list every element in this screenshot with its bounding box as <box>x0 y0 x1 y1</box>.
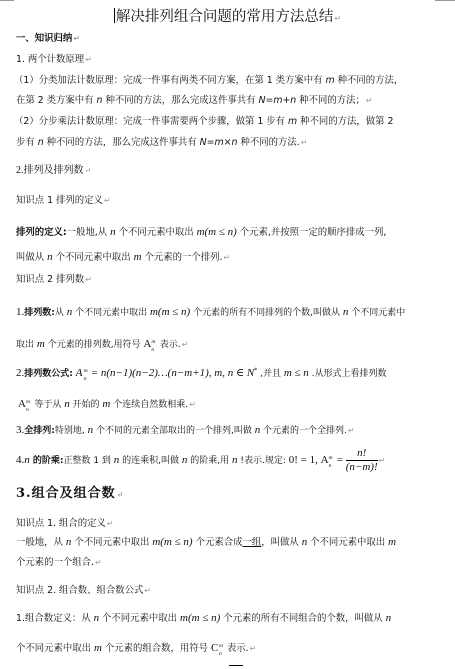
text: 个不同元素中取出 <box>53 252 134 263</box>
paragraph-mark-icon: ↵ <box>144 586 151 595</box>
fraction-numerator: n! <box>346 447 378 461</box>
page-corner-mark-left <box>0 0 14 1</box>
kp-title: 知识点 1 排列的定义 <box>16 195 103 206</box>
text: 表示. <box>224 643 249 654</box>
item-number: 4. <box>16 454 24 466</box>
paragraph-mark-icon: ↵ <box>73 34 80 43</box>
text: 个不同元素中取出 <box>72 308 150 318</box>
paragraph-multiplication-principle-line1: （2）分步乘法计数原理：完成一件事需要两个步骤，做第 1 步有 m 种不同的方法… <box>14 116 393 128</box>
combination-definition-line2: 个元素的一个组合.↵ <box>16 557 102 569</box>
paragraph-mark-icon: ↵ <box>301 138 308 147</box>
kp-title: 知识点 1. 组合的定义 <box>16 518 106 529</box>
text: 叫做从 <box>16 252 47 263</box>
sub-n: n <box>26 404 29 416</box>
knowledge-point-permutation-number: 知识点 2 排列数↵ <box>16 274 92 286</box>
item-label: 排列数: <box>24 308 55 318</box>
factorial-fraction: n!(n−m)! <box>346 447 378 474</box>
paragraph-mark-icon: ↵ <box>189 400 196 409</box>
condition: m ≤ n <box>284 367 309 379</box>
text: 个元素的所有不同排列的个数,叫做从 <box>190 308 343 318</box>
text: 种不同的方法. <box>237 137 299 148</box>
text: （1）分类加法计数原理：完成一件事有两类不同方案，在第 1 类方案中有 <box>14 75 326 86</box>
paragraph-mark-icon: ↵ <box>95 558 102 567</box>
paragraph-mark-icon: ↵ <box>366 96 373 105</box>
underlined-text: 一组 <box>242 537 261 548</box>
permutation-symbol: Amn <box>143 338 156 350</box>
paragraph-multiplication-principle-line2: 步有 n 种不同的方法，那么完成这件事共有 N=m×n 种不同的方法.↵ <box>16 137 307 149</box>
heading-text: 一、知识归纳 <box>16 33 72 44</box>
def-label: 排列的定义: <box>16 227 67 238</box>
condition: m(m ≤ n) <box>180 612 220 624</box>
permutation-formula: = n(n−1)(n−2)…(n−m+1), m, n ∈ N <box>88 367 254 379</box>
text: 个元素,并按照一定的顺序排成一列, <box>237 227 387 238</box>
text: ,并且 <box>257 369 284 379</box>
text: 个不同元素中 <box>348 308 405 318</box>
paragraph-mark-icon: ↵ <box>85 166 92 175</box>
text: 个元素的一个组合. <box>16 557 94 568</box>
symbol-A: A <box>143 338 151 350</box>
paragraph-mark-icon: ↵ <box>182 340 189 349</box>
title-text: 解决排列组合问题的常用方法总结 <box>116 9 334 25</box>
permutation-symbol: Amn <box>18 398 31 410</box>
text: 从 <box>55 308 67 318</box>
text: 个元素合成 <box>193 537 243 548</box>
text: 特别地, <box>55 426 88 436</box>
text: 种不同的方法，那么完成这件事共有 <box>44 137 200 148</box>
condition: m(m ≤ n) <box>152 536 192 548</box>
paragraph-mark-icon: ↵ <box>85 275 92 284</box>
var-m: m <box>326 75 335 86</box>
sub-n: n <box>329 460 332 472</box>
subheading-counting-principles: 1. 两个计数原理↵ <box>16 54 92 66</box>
item-label: 全排列: <box>24 426 55 436</box>
text: 个不同元素中取出 <box>99 613 180 624</box>
text: 个元素的所有不同组合的个数，叫做从 <box>220 613 385 624</box>
text: （2）分步乘法计数原理：完成一件事需要两个步骤，做第 1 步有 <box>14 116 288 127</box>
text: 个不同元素中取出 <box>16 643 94 654</box>
var-m: m <box>388 536 396 548</box>
var-m: m <box>37 338 45 350</box>
paragraph-mark-icon: ↵ <box>104 196 111 205</box>
permutation-formula-line1: 2.排列数公式: Amn = n(n−1)(n−2)…(n−m+1), m, n… <box>16 367 387 380</box>
symbol-C: C <box>211 642 218 654</box>
paragraph-mark-icon: ↵ <box>334 14 341 23</box>
sub-n: n <box>84 373 87 385</box>
permutation-definition-line2: 叫做从 n 个不同元素中取出 m 个元素的一个排列.↵ <box>16 251 230 264</box>
symbol-underline-mark <box>229 665 243 666</box>
text: 个不同元素中取出 <box>71 537 152 548</box>
text: 种不同的方法， <box>335 75 404 86</box>
paragraph-addition-principle-line2: 在第 2 类方案中有 n 种不同的方法，那么完成这件事共有 N=m+n 种不同的… <box>16 95 373 107</box>
text-cursor <box>114 8 115 23</box>
text: 个连续自然数相乘. <box>110 400 188 410</box>
sub-n: n <box>151 344 154 356</box>
text: 个元素的组合数，用符号 <box>102 643 211 654</box>
document-title: 解决排列组合问题的常用方法总结↵ <box>0 8 455 28</box>
section-heading-knowledge: 一、知识归纳↵ <box>16 33 80 45</box>
text: 个元素的一个全排列. <box>260 426 347 436</box>
text: 的阶乘,用 <box>187 456 232 466</box>
var-m: m <box>288 116 297 127</box>
text: 种不同的方法，做第 2 <box>297 116 393 127</box>
item-label: 排列数公式: <box>24 369 73 379</box>
section-heading-combination: 3.组合及组合数↵ <box>16 488 124 500</box>
fraction-denominator: (n−m)! <box>346 461 378 474</box>
section-heading-permutation: 2.排列及排列数↵ <box>16 165 91 177</box>
combination-symbol: Cmn <box>211 642 224 654</box>
var-n: n <box>386 612 392 624</box>
item-number: 1. <box>16 306 24 318</box>
permutation-definition-line1: 排列的定义:一般地,从 n 个不同元素中取出 m(m ≤ n) 个元素,并按照一… <box>16 226 386 239</box>
heading-text: 3.组合及组合数 <box>16 486 116 501</box>
page-corner-mark-right <box>435 0 455 1</box>
text: 个不同元素中取出 <box>307 537 388 548</box>
text: 个不同元素中取出 <box>116 227 197 238</box>
paragraph-mark-icon: ↵ <box>379 456 386 465</box>
symbol-A: A <box>18 398 26 410</box>
permutation-number-line1: 1.排列数:从 n 个不同元素中取出 m(m ≤ n) 个元素的所有不同排列的个… <box>16 306 405 319</box>
full-permutation-line: 3.全排列:特别地, n 个不同的元素全部取出的一个排列,叫做 n 个元素的一个… <box>16 424 355 437</box>
kp-title: 知识点 2. 组合数、组合数公式 <box>16 585 143 596</box>
item-number: 2. <box>16 367 24 379</box>
subheading-text: 1. 两个计数原理 <box>16 54 84 65</box>
text: .从形式上看排列数 <box>309 369 387 379</box>
knowledge-point-combination-definition: 知识点 1. 组合的定义↵ <box>16 518 114 530</box>
text: 在第 2 类方案中有 <box>16 95 97 106</box>
var-m: m <box>134 251 142 263</box>
text: 的连乘积,叫做 <box>119 456 182 466</box>
symbol-A: A <box>76 367 83 379</box>
formula-sum: N=m+n <box>258 95 296 106</box>
text: 一般地，从 <box>16 537 66 548</box>
heading-text: 2.排列及排列数 <box>16 165 84 176</box>
paragraph-mark-icon: ↵ <box>117 489 125 499</box>
text: 个元素的排列数,用符号 <box>45 340 144 350</box>
paragraph-mark-icon: ↵ <box>85 55 92 64</box>
permutation-symbol: Amn <box>321 454 334 466</box>
item-number: 3. <box>16 424 24 436</box>
paragraph-addition-principle-line1: （1）分类加法计数原理：完成一件事有两类不同方案，在第 1 类方案中有 m 种不… <box>14 75 403 87</box>
text: 等于从 <box>31 400 64 410</box>
condition: m(m ≤ n) <box>197 226 237 238</box>
text: 正整数 1 到 <box>63 456 113 466</box>
permutation-symbol: Amn <box>76 367 88 379</box>
factorial-rule: 0! = 1, <box>289 454 321 466</box>
formula-product: N=m×n <box>200 137 238 148</box>
condition: m(m ≤ n) <box>150 306 190 318</box>
permutation-number-line2: 取出 m 个元素的排列数,用符号 Amn 表示.↵ <box>16 338 188 351</box>
combination-number-line1: 1.组合数定义：从 n 个不同元素中取出 m(m ≤ n) 个元素的所有不同组合… <box>16 612 391 625</box>
item-label: 的阶乘: <box>30 456 64 466</box>
sub-n: n <box>219 648 222 660</box>
equals: = <box>334 454 346 466</box>
text: 1.组合数定义：从 <box>16 613 94 624</box>
combination-number-line2: 个不同元素中取出 m 个元素的组合数，用符号 Cmn 表示.↵ <box>16 642 256 655</box>
combination-definition-line1: 一般地，从 n 个不同元素中取出 m(m ≤ n) 个元素合成一组，叫做从 n … <box>16 536 396 549</box>
symbol-A: A <box>321 454 329 466</box>
text: 个元素的一个排列. <box>142 252 223 263</box>
text: 一般地,从 <box>67 227 110 238</box>
text: 种不同的方法，那么完成这件事共有 <box>102 95 258 106</box>
paragraph-mark-icon: ↵ <box>107 519 114 528</box>
text: !表示.规定: <box>237 456 288 466</box>
text: 个不同的元素全部取出的一个排列,叫做 <box>93 426 255 436</box>
paragraph-mark-icon: ↵ <box>250 644 257 653</box>
knowledge-point-permutation-definition: 知识点 1 排列的定义↵ <box>16 195 111 207</box>
knowledge-point-combination-number: 知识点 2. 组合数、组合数公式↵ <box>16 585 151 597</box>
text: 开始的 <box>70 400 103 410</box>
text: 种不同的方法； <box>296 95 365 106</box>
text: ，叫做从 <box>261 537 301 548</box>
text: 取出 <box>16 340 37 350</box>
text: 步有 <box>16 137 38 148</box>
factorial-line: 4.n 的阶乘:正整数 1 到 n 的连乘积,叫做 n 的阶乘,用 n !表示.… <box>16 445 385 476</box>
paragraph-mark-icon: ↵ <box>224 253 231 262</box>
var-m: m <box>94 642 102 654</box>
permutation-formula-line2: Amn 等于从 n 开始的 m 个连续自然数相乘.↵ <box>18 398 196 411</box>
paragraph-mark-icon: ↵ <box>348 426 355 435</box>
text: 表示. <box>157 340 181 350</box>
kp-title: 知识点 2 排列数 <box>16 274 84 285</box>
